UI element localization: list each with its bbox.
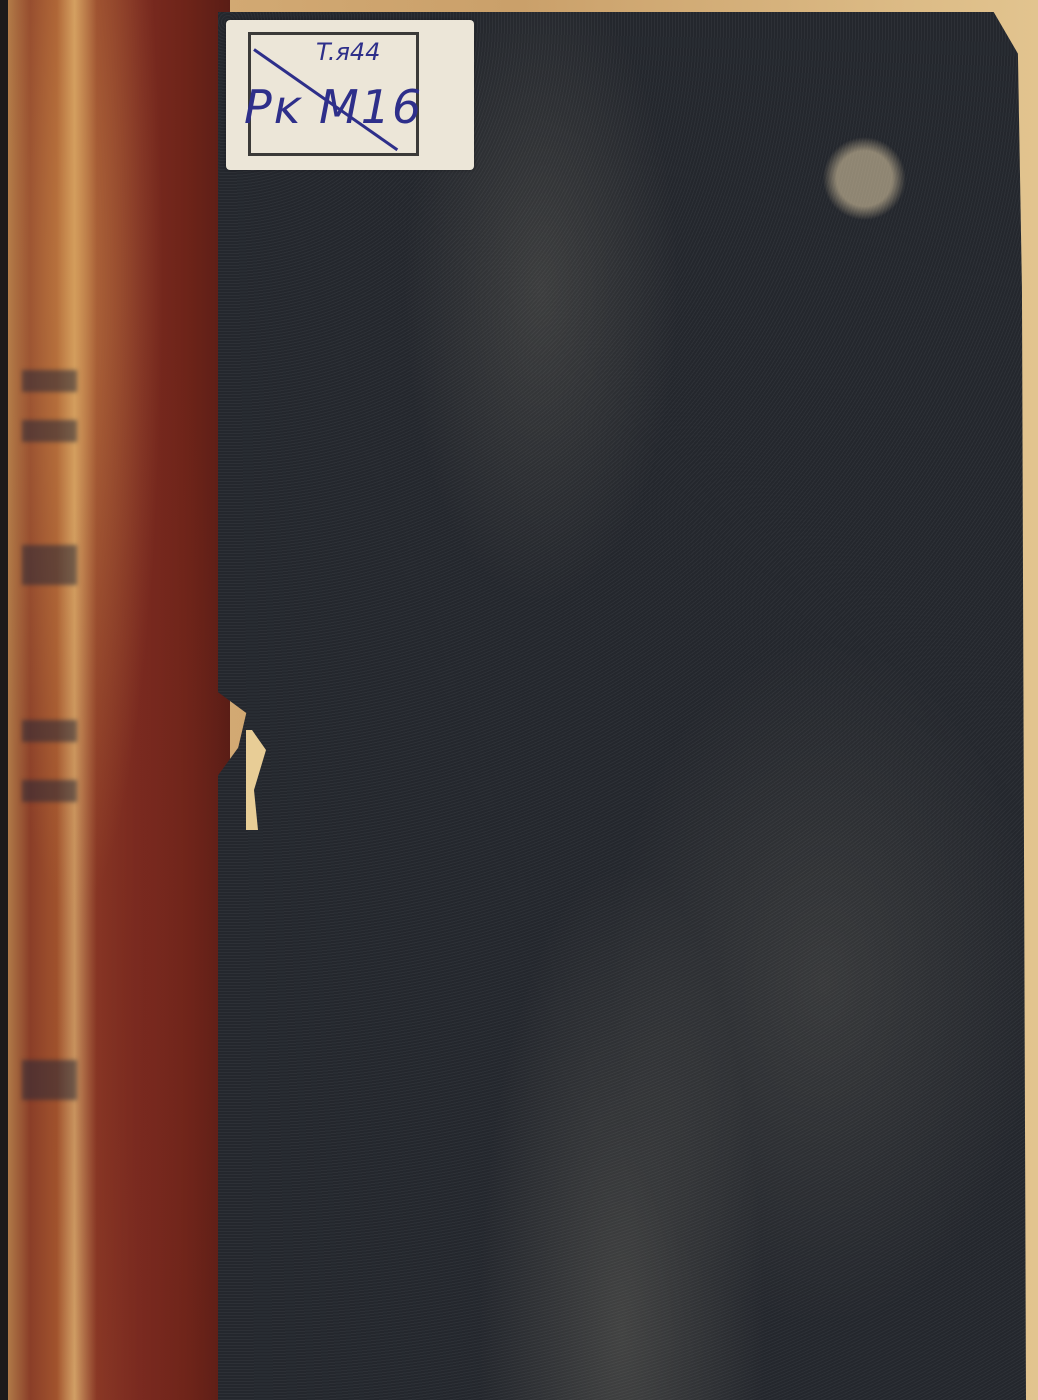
book-cover [218, 12, 1026, 1400]
spine-shadow [0, 0, 8, 1400]
label-shelf-mark: T.я44 [316, 38, 380, 66]
label-call-number: Pᴋ M16 [244, 80, 423, 134]
spine-title-band [22, 780, 77, 802]
library-label: T.я44 Pᴋ M16 [226, 20, 474, 170]
book-spine [8, 0, 230, 1400]
spine-title-band [22, 1060, 77, 1100]
spine-title-band [22, 545, 77, 585]
spine-title-band [22, 420, 77, 442]
spine-title-band [22, 370, 77, 392]
spine-title-band [22, 720, 77, 742]
